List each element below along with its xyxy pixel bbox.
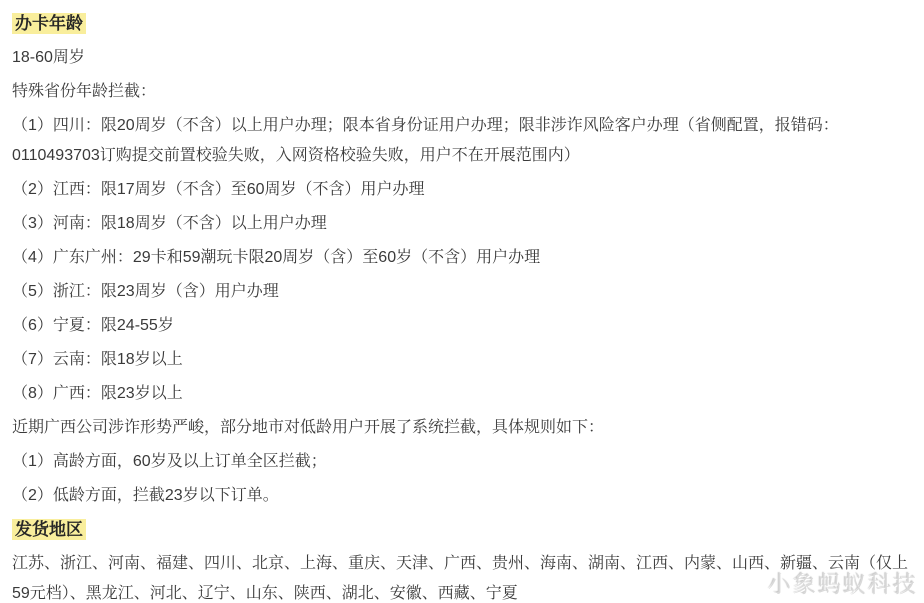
list-item-guangdong-guangzhou: （4）广东广州：29卡和59潮玩卡限20周岁（含）至60岁（不含）用户办理 bbox=[12, 243, 908, 273]
list-item-guangxi: （8）广西：限23岁以上 bbox=[12, 379, 908, 409]
list-item-henan: （3）河南：限18周岁（不含）以上用户办理 bbox=[12, 209, 908, 239]
paragraph-special-province-intro: 特殊省份年龄拦截： bbox=[12, 77, 908, 107]
list-item-guangxi-senior-rule: （1）高龄方面，60岁及以上订单全区拦截； bbox=[12, 447, 908, 477]
highlighted-heading-text: 办卡年龄 bbox=[12, 13, 86, 34]
list-item-jiangxi: （2）江西：限17周岁（不含）至60周岁（不含）用户办理 bbox=[12, 175, 908, 205]
highlighted-heading-text: 发货地区 bbox=[12, 519, 86, 540]
list-item-sichuan: （1）四川：限20周岁（不含）以上用户办理；限本省身份证用户办理；限非涉诈风险客… bbox=[12, 111, 908, 171]
list-item-ningxia: （6）宁夏：限24-55岁 bbox=[12, 311, 908, 341]
paragraph-age-range: 18-60周岁 bbox=[12, 43, 908, 73]
list-item-guangxi-junior-rule: （2）低龄方面，拦截23岁以下订单。 bbox=[12, 481, 908, 511]
list-item-zhejiang: （5）浙江：限23周岁（含）用户办理 bbox=[12, 277, 908, 307]
list-item-yunnan: （7）云南：限18岁以上 bbox=[12, 345, 908, 375]
section-heading-card-age: 办卡年龄 bbox=[12, 9, 908, 39]
section-heading-shipping-regions: 发货地区 bbox=[12, 515, 908, 545]
document-body: 办卡年龄 18-60周岁 特殊省份年龄拦截： （1）四川：限20周岁（不含）以上… bbox=[0, 0, 924, 603]
paragraph-shipping-region-list: 江苏、浙江、河南、福建、四川、北京、上海、重庆、天津、广西、贵州、海南、湖南、江… bbox=[12, 549, 908, 603]
paragraph-guangxi-notice: 近期广西公司涉诈形势严峻，部分地市对低龄用户开展了系统拦截，具体规则如下： bbox=[12, 413, 908, 443]
